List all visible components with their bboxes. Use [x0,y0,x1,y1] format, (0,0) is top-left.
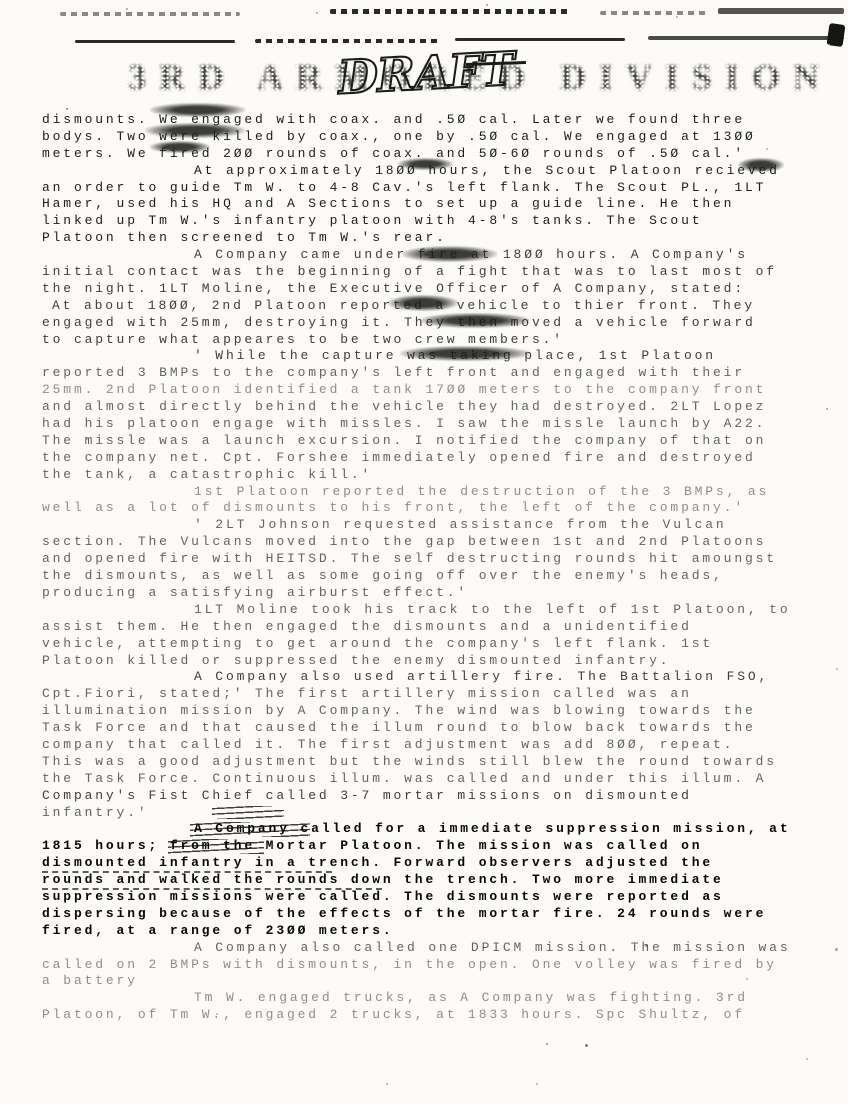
text-line: A Company also used artillery fire. The … [42,669,812,686]
ink-smudge [150,103,245,117]
text-line: 25mm. 2nd Platoon identified a tank 17ØØ… [42,382,812,399]
text-line: Tm W. engaged trucks, as A Company was f… [42,990,812,1007]
text-line: Hamer, used his HQ and A Sections to set… [42,196,812,213]
text-line: the company net. Cpt. Forshee immediatel… [42,450,812,467]
text-line: the dismounts, as well as some going off… [42,568,812,585]
text-line: rounds and walked the rounds down the tr… [42,872,812,889]
scan-noise-streak [330,9,570,14]
ink-smudge [402,246,497,262]
text-line: linked up Tm W.'s infantry platoon with … [42,213,812,230]
text-line: well as a lot of dismounts to his front,… [42,500,812,517]
scan-noise-streak [60,12,240,16]
text-line: Platoon then screened to Tm W.'s rear. [42,230,812,247]
scanned-document-page: 3RD ARMORED DIVISION DRAFT dismounts. We… [0,0,848,1104]
text-line: assist them. He then engaged the dismoun… [42,619,812,636]
text-line: 1815 hours; from the Mortar Platoon. The… [42,838,812,855]
text-line: had his platoon engage with missles. I s… [42,416,812,433]
text-line: illumination mission by A Company. The w… [42,703,812,720]
text-line: Cpt.Fiori, stated;' The first artillery … [42,686,812,703]
text-line: Platoon, of Tm W., engaged 2 trucks, at … [42,1007,812,1024]
text-line: 1LT Moline took his track to the left of… [42,602,812,619]
text-line: fired, at a range of 23ØØ meters. [42,923,812,940]
text-line: dispersing because of the effects of the… [42,906,812,923]
scan-noise-streak [600,11,710,15]
letterhead: 3RD ARMORED DIVISION DRAFT [0,44,848,114]
ink-smudge [150,141,210,153]
scan-noise-streak [648,36,844,40]
text-line: ' 2LT Johnson requested assistance from … [42,517,812,534]
scan-speckle [585,1044,588,1047]
text-line: initial contact was the beginning of a f… [42,264,812,281]
text-line: Company's Fist Chief called 3-7 mortar m… [42,788,812,805]
text-line: reported 3 BMPs to the company's left fr… [42,365,812,382]
scribble-strikethrough [168,839,264,854]
pen-underline [42,888,382,890]
text-line: a battery [42,973,812,990]
text-line: 1st Platoon reported the destruction of … [42,484,812,501]
text-line: and almost directly behind the vehicle t… [42,399,812,416]
text-line: the Task Force. Continuous illum. was ca… [42,771,812,788]
scan-noise-streak [75,40,235,43]
scan-noise-streak [455,38,625,41]
ink-smudge [400,346,530,361]
draft-stamp: DRAFT [337,41,515,104]
scribble-mark [212,806,284,819]
ink-smudge [738,158,784,172]
text-line: called on 2 BMPs with dismounts, in the … [42,957,812,974]
scan-noise-streak [718,8,844,14]
text-line: This was a good adjustment but the winds… [42,754,812,771]
text-line: A Company also called one DPICM mission.… [42,940,812,957]
scribble-strikethrough [190,822,310,837]
text-line: A Company called for a immediate suppres… [42,821,812,838]
text-line: company that called it. The first adjust… [42,737,812,754]
text-line: section. The Vulcans moved into the gap … [42,534,812,551]
scan-speckle [66,108,68,110]
text-line: producing a satisfying airburst effect.' [42,585,812,602]
ink-smudge [398,158,453,170]
text-line: Task Force and that caused the illum rou… [42,720,812,737]
text-line: suppression missions were called. The di… [42,889,812,906]
text-line: dismounted infantry in a trench. Forward… [42,855,812,872]
text-line: an order to guide Tm W. to 4-8 Cav.'s le… [42,180,812,197]
text-line: and opened fire with HEITSD. The self de… [42,551,812,568]
text-line: infantry.' [42,805,812,822]
text-line: vehicle, attempting to get around the co… [42,636,812,653]
ink-smudge [420,313,530,328]
scan-noise-streak [255,39,440,43]
ink-smudge [388,295,458,311]
text-line: Platoon killed or suppressed the enemy d… [42,653,812,670]
text-line: the tank, a catastrophic kill.' [42,467,812,484]
pen-underline [42,871,332,873]
text-line: The missle was a launch excursion. I not… [42,433,812,450]
ink-smudge [145,123,245,138]
